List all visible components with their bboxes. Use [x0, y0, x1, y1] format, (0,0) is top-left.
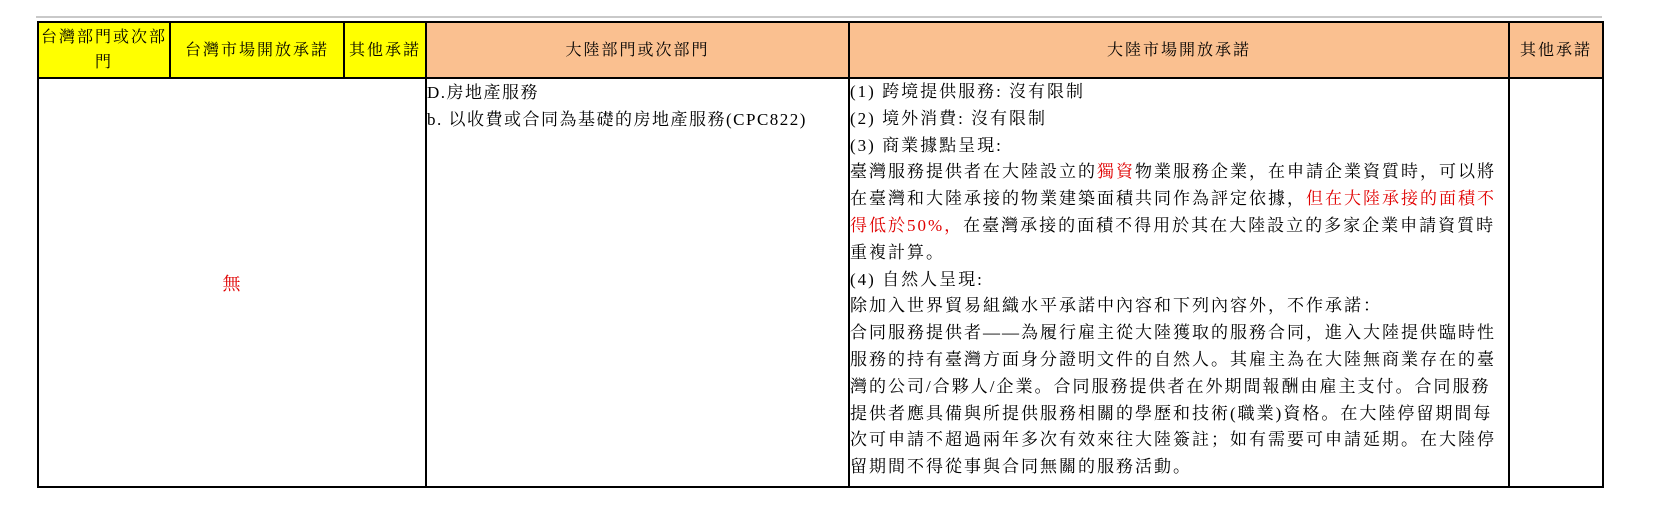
mainland-sector-cell: D.房地產服務 b. 以收費或合同為基礎的房地產服務(CPC822)	[426, 78, 849, 487]
taiwan-none-value: 無	[223, 274, 242, 294]
mainland-sector-line-2: b. 以收費或合同為基礎的房地產服務(CPC822)	[427, 106, 848, 133]
header-taiwan-market-commitment: 台灣市場開放承諾	[170, 22, 344, 78]
header-taiwan-sector: 台灣部門或次部門	[38, 22, 170, 78]
header-mainland-other-commitment: 其他承諾	[1509, 22, 1603, 78]
header-mainland-sector: 大陸部門或次部門	[426, 22, 849, 78]
table-header-row: 台灣部門或次部門 台灣市場開放承諾 其他承諾 大陸部門或次部門 大陸市場開放承諾…	[38, 22, 1603, 78]
page-top-hairline	[36, 16, 1602, 18]
taiwan-commitment-cell: 無	[38, 78, 426, 487]
commitments-table: 台灣部門或次部門 台灣市場開放承諾 其他承諾 大陸部門或次部門 大陸市場開放承諾…	[37, 21, 1604, 488]
table-body-row: 無 D.房地產服務 b. 以收費或合同為基礎的房地產服務(CPC822) (1)…	[38, 78, 1603, 487]
mainland-sector-line-1: D.房地產服務	[427, 79, 848, 106]
header-mainland-market-commitment: 大陸市場開放承諾	[849, 22, 1509, 78]
header-taiwan-other-commitment: 其他承諾	[344, 22, 426, 78]
mainland-commitment-cell: (1) 跨境提供服務: 沒有限制 (2) 境外消費: 沒有限制 (3) 商業據點…	[849, 78, 1509, 487]
mainland-other-cell	[1509, 78, 1603, 487]
mainland-commitment-text: (1) 跨境提供服務: 沒有限制 (2) 境外消費: 沒有限制 (3) 商業據點…	[850, 79, 1508, 481]
document-page: 台灣部門或次部門 台灣市場開放承諾 其他承諾 大陸部門或次部門 大陸市場開放承諾…	[0, 0, 1656, 527]
